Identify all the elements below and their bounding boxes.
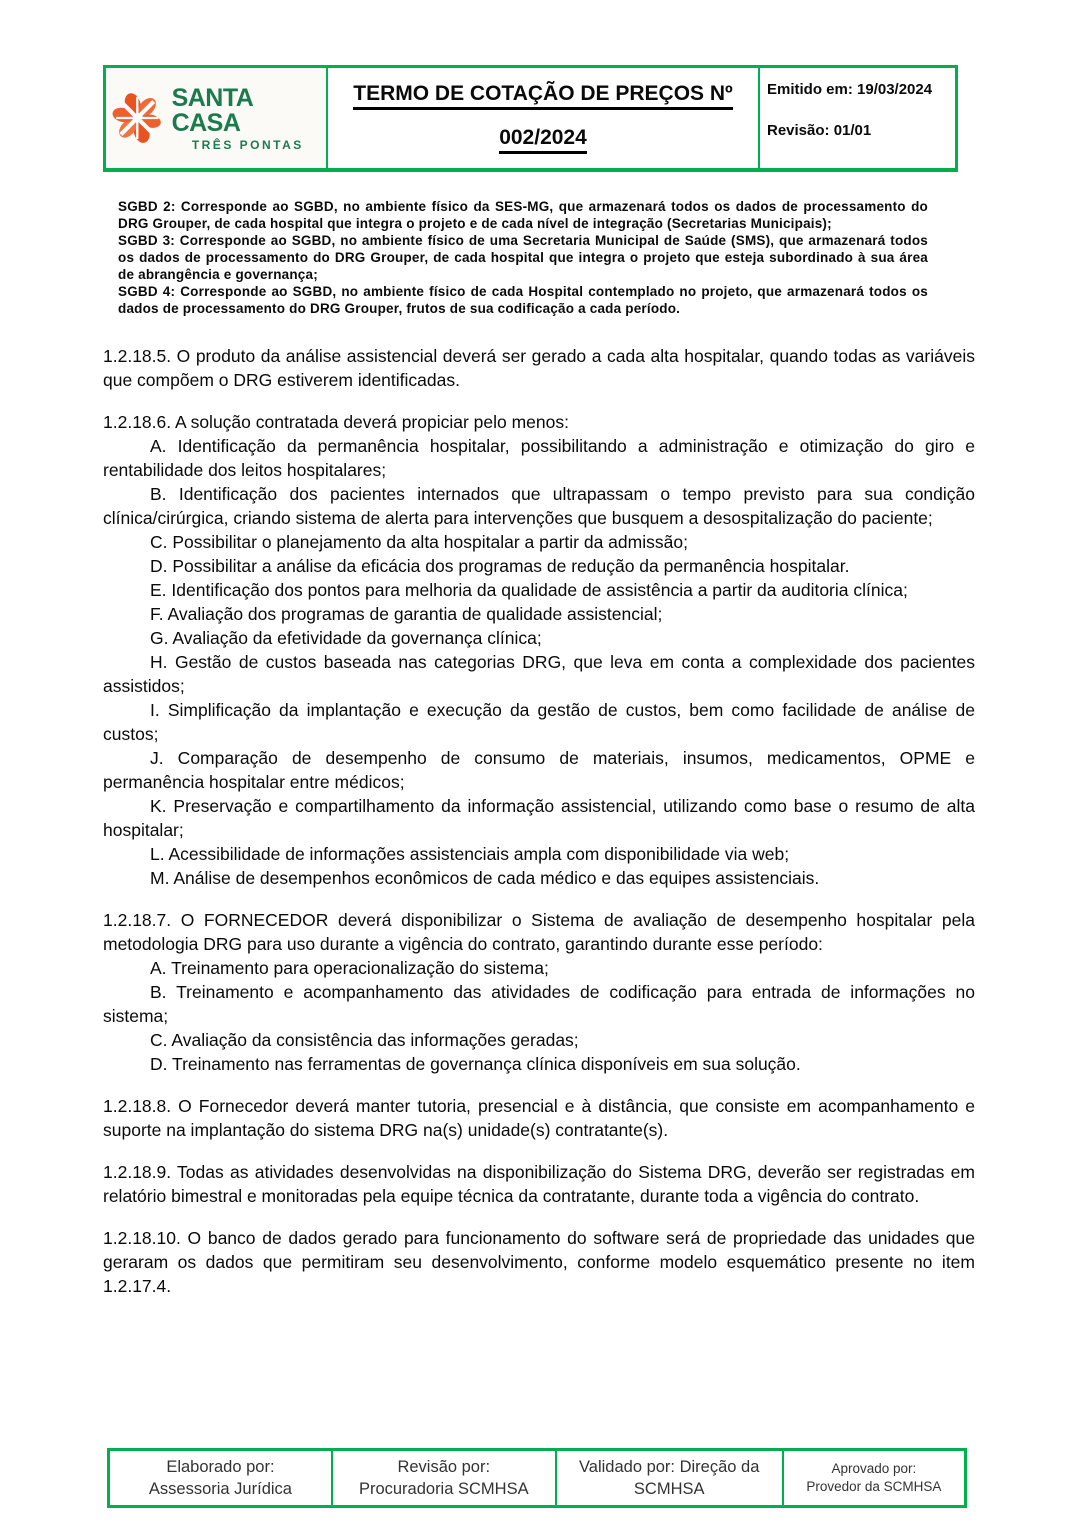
sgbd-3-definition: SGBD 3: Corresponde ao SGBD, no ambiente…: [118, 232, 928, 283]
document-title: TERMO DE COTAÇÃO DE PREÇOS Nº 002/2024: [328, 68, 760, 168]
approval-role: Validado por: Direção da: [579, 1456, 759, 1478]
approval-cell-elaborado: Elaborado por: Assessoria Jurídica: [110, 1451, 333, 1505]
paragraph-1-2-18-5: 1.2.18.5. O produto da análise assistenc…: [103, 344, 975, 392]
title-line-1: TERMO DE COTAÇÃO DE PREÇOS Nº: [353, 82, 732, 110]
header-table: SANTA CASA TRÊS PONTAS TERMO DE COTAÇÃO …: [103, 65, 958, 172]
logo-inner: SANTA CASA TRÊS PONTAS: [108, 86, 324, 151]
approval-role: Elaborado por:: [166, 1456, 274, 1478]
logo-city: TRÊS PONTAS: [192, 139, 304, 151]
logo-name: SANTA CASA: [172, 86, 324, 136]
item-6-j: J. Comparação de desempenho de consumo d…: [103, 746, 975, 794]
approval-role: Aprovado por:: [831, 1460, 916, 1478]
item-6-c: C. Possibilitar o planejamento da alta h…: [103, 530, 975, 554]
item-7-b: B. Treinamento e acompanhamento das ativ…: [103, 980, 975, 1028]
logo: SANTA CASA TRÊS PONTAS: [106, 68, 328, 168]
title-line-2: 002/2024: [499, 126, 587, 154]
item-6-b: B. Identificação dos pacientes internado…: [103, 482, 975, 530]
item-6-a: A. Identificação da permanência hospital…: [103, 434, 975, 482]
approval-role: Revisão por:: [397, 1456, 490, 1478]
item-6-g: G. Avaliação da efetividade da governanç…: [103, 626, 975, 650]
item-7-d: D. Treinamento nas ferramentas de govern…: [103, 1052, 975, 1076]
revision-number: Revisão: 01/01: [767, 123, 949, 140]
document-page: SANTA CASA TRÊS PONTAS TERMO DE COTAÇÃO …: [0, 0, 1086, 1536]
sgbd-4-definition: SGBD 4: Corresponde ao SGBD, no ambiente…: [118, 283, 928, 317]
sgbd-2-definition: SGBD 2: Corresponde ao SGBD, no ambiente…: [118, 198, 928, 232]
item-6-k: K. Preservação e compartilhamento da inf…: [103, 794, 975, 842]
approval-entity: Assessoria Jurídica: [149, 1478, 292, 1500]
document-body: SGBD 2: Corresponde ao SGBD, no ambiente…: [103, 198, 975, 1298]
item-7-a: A. Treinamento para operacionalização do…: [103, 956, 975, 980]
item-6-m: M. Análise de desempenhos econômicos de …: [103, 866, 975, 890]
approval-cell-revisao: Revisão por: Procuradoria SCMHSA: [333, 1451, 557, 1505]
emitted-date: Emitido em: 19/03/2024: [767, 82, 949, 99]
paragraph-1-2-18-9: 1.2.18.9. Todas as atividades desenvolvi…: [103, 1160, 975, 1208]
approval-entity: Procuradoria SCMHSA: [359, 1478, 529, 1500]
paragraph-1-2-18-6: 1.2.18.6. A solução contratada deverá pr…: [103, 410, 975, 434]
paragraph-1-2-18-10: 1.2.18.10. O banco de dados gerado para …: [103, 1226, 975, 1298]
item-7-c: C. Avaliação da consistência das informa…: [103, 1028, 975, 1052]
header-info: Emitido em: 19/03/2024 Revisão: 01/01: [760, 68, 955, 168]
logo-text: SANTA CASA TRÊS PONTAS: [172, 86, 324, 151]
item-6-f: F. Avaliação dos programas de garantia d…: [103, 602, 975, 626]
item-6-i: I. Simplificação da implantação e execuç…: [103, 698, 975, 746]
approval-entity: SCMHSA: [634, 1478, 705, 1500]
sgbd-definitions-block: SGBD 2: Corresponde ao SGBD, no ambiente…: [118, 198, 928, 317]
paragraph-1-2-18-7: 1.2.18.7. O FORNECEDOR deverá disponibil…: [103, 908, 975, 956]
item-6-h: H. Gestão de custos baseada nas categori…: [103, 650, 975, 698]
flower-icon: [108, 88, 167, 148]
approval-cell-validado: Validado por: Direção da SCMHSA: [557, 1451, 784, 1505]
paragraph-1-2-18-8: 1.2.18.8. O Fornecedor deverá manter tut…: [103, 1094, 975, 1142]
item-6-d: D. Possibilitar a análise da eficácia do…: [103, 554, 975, 578]
item-6-e: E. Identificação dos pontos para melhori…: [103, 578, 975, 602]
item-6-l: L. Acessibilidade de informações assiste…: [103, 842, 975, 866]
approval-table: Elaborado por: Assessoria Jurídica Revis…: [107, 1448, 967, 1508]
approval-entity: Provedor da SCMHSA: [806, 1478, 941, 1496]
approval-cell-aprovado: Aprovado por: Provedor da SCMHSA: [784, 1451, 964, 1505]
clauses-block: 1.2.18.5. O produto da análise assistenc…: [103, 344, 975, 1298]
